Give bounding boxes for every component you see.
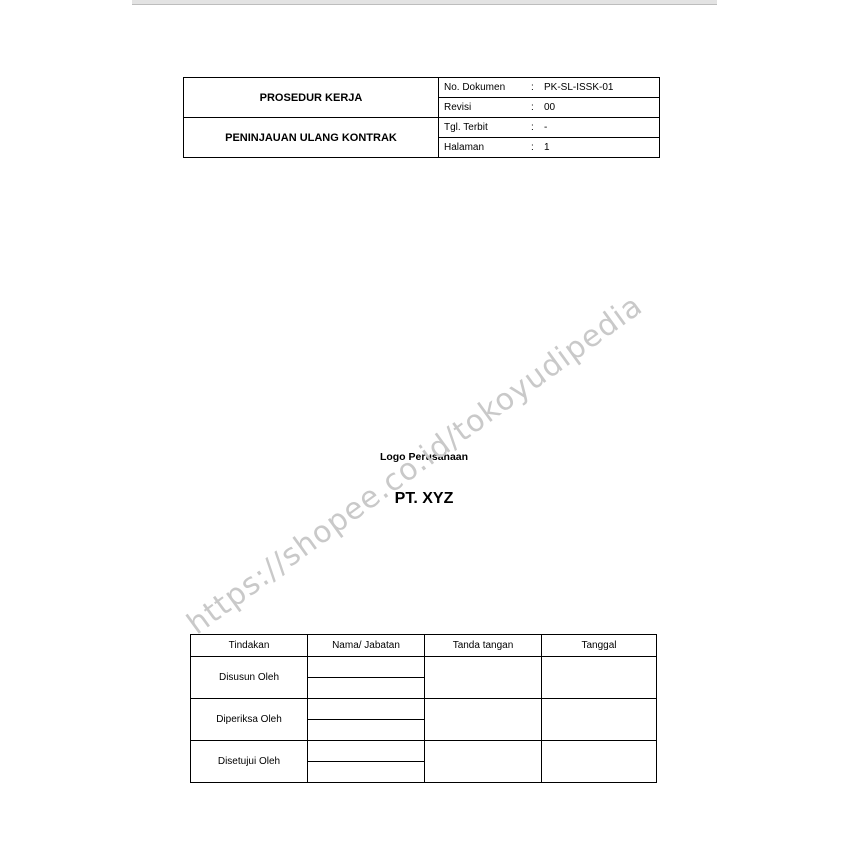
signature-cell [425,699,542,741]
action-approved-by: Disetujui Oleh [191,741,308,783]
header-field-doc-number: No. Dokumen:PK-SL-ISSK-01 [439,78,660,98]
watermark: https://shopee.co.id/tokoyudipedia [181,288,649,642]
page-value: 1 [544,142,550,153]
company-logo-placeholder: Logo Perusahaan [0,451,848,463]
col-name-position: Nama/ Jabatan [308,635,425,657]
company-name: PT. XYZ [0,490,848,508]
name-cell [308,657,425,678]
header-field-issue-date: Tgl. Terbit:- [439,118,660,138]
position-cell [308,720,425,741]
table-row: Disusun Oleh [191,657,657,678]
name-cell [308,741,425,762]
action-prepared-by: Disusun Oleh [191,657,308,699]
revision-value: 00 [544,102,555,113]
date-cell [542,657,657,699]
date-cell [542,741,657,783]
signature-cell [425,657,542,699]
date-cell [542,699,657,741]
header-field-revision: Revisi:00 [439,98,660,118]
procedure-title: PENINJAUAN ULANG KONTRAK [184,118,439,158]
position-cell [308,762,425,783]
document-header-table: PROSEDUR KERJA No. Dokumen:PK-SL-ISSK-01… [183,77,660,158]
name-cell [308,699,425,720]
col-signature: Tanda tangan [425,635,542,657]
viewer-top-bar [132,0,717,5]
position-cell [308,678,425,699]
table-row: Diperiksa Oleh [191,699,657,720]
issue-date-value: - [544,122,547,133]
header-field-page: Halaman:1 [439,138,660,158]
col-action: Tindakan [191,635,308,657]
doc-number-value: PK-SL-ISSK-01 [544,82,613,93]
procedure-type: PROSEDUR KERJA [184,78,439,118]
signature-cell [425,741,542,783]
action-checked-by: Diperiksa Oleh [191,699,308,741]
approval-table: Tindakan Nama/ Jabatan Tanda tangan Tang… [190,634,657,783]
table-row: Disetujui Oleh [191,741,657,762]
approval-header-row: Tindakan Nama/ Jabatan Tanda tangan Tang… [191,635,657,657]
col-date: Tanggal [542,635,657,657]
